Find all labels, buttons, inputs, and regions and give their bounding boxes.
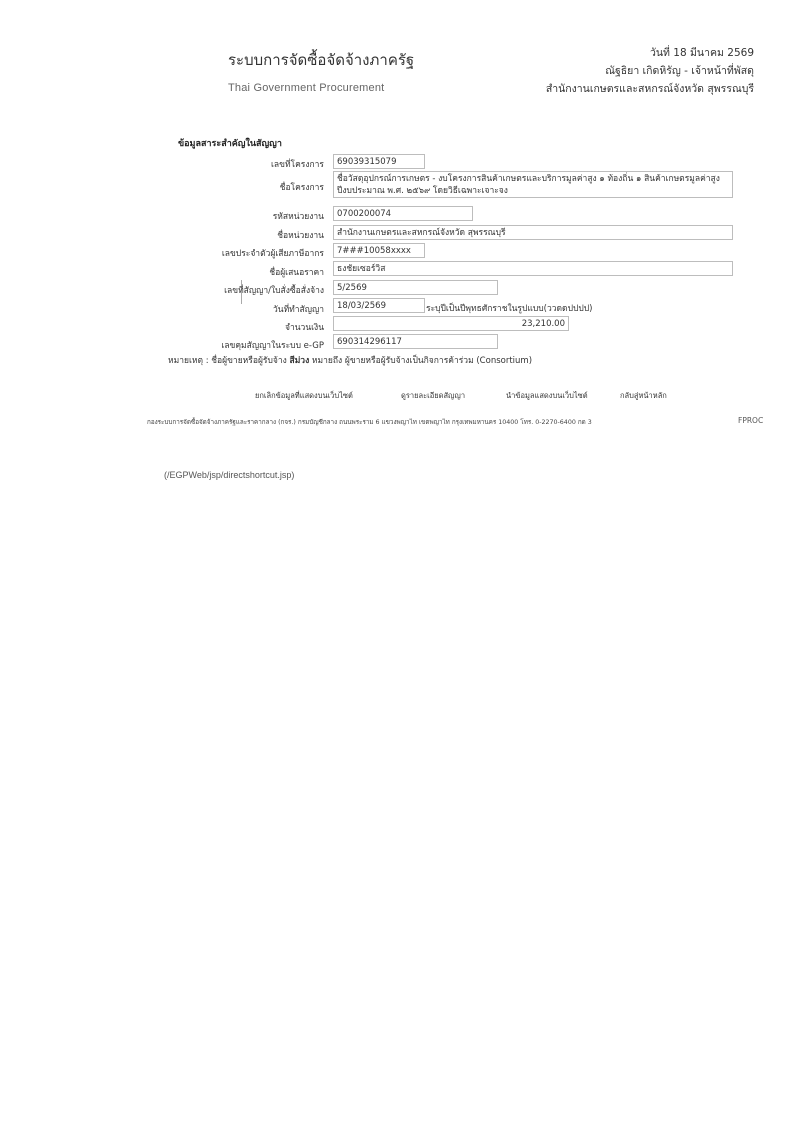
project-name-label: ชื่อโครงการ xyxy=(124,180,324,194)
dept-name-label: ชื่อหน่วยงาน xyxy=(124,228,324,242)
egp-no-label: เลขคุมสัญญาในระบบ e-GP xyxy=(124,338,324,352)
project-no-field[interactable]: 69039315079 xyxy=(333,154,425,169)
contract-no-label: เลขที่สัญญา/ใบสั่งซื้อสั่งจ้าง xyxy=(124,283,324,297)
bidder-name-field[interactable]: ธงชัยเซอร์วิส xyxy=(333,261,733,276)
contract-date-label: วันที่ทำสัญญา xyxy=(124,302,324,316)
dept-code-label: รหัสหน่วยงาน xyxy=(124,209,324,223)
user-name: ณัฐธิยา เกิดหิรัญ - เจ้าหน้าที่พัสดุ xyxy=(546,62,754,80)
footer-address: กองระบบการจัดซื้อจัดจ้างภาครัฐและราคากลา… xyxy=(147,417,592,427)
dept-code-field[interactable]: 0700200074 xyxy=(333,206,473,221)
section-title: ข้อมูลสาระสำคัญในสัญญา xyxy=(178,136,282,150)
egp-no-field[interactable]: 690314296117 xyxy=(333,334,498,349)
publish-web-link[interactable]: นำข้อมูลแสดงบนเว็บไซต์ xyxy=(506,390,588,402)
system-title-th: ระบบการจัดซื้อจัดจ้างภาครัฐ xyxy=(228,48,414,72)
bidder-name-label: ชื่อผู้เสนอราคา xyxy=(124,265,324,279)
date-format-hint: ระบุปีเป็นปีพุทธศักราชในรูปแบบ(ววดดปปปป) xyxy=(426,301,592,315)
amount-label: จำนวนเงิน xyxy=(124,320,324,334)
system-title-en: Thai Government Procurement xyxy=(228,82,384,94)
consortium-note: หมายเหตุ : ชื่อผู้ขายหรือผู้รับจ้าง สีม่… xyxy=(168,353,532,367)
footer-code: FPROC xyxy=(738,416,763,425)
back-home-link[interactable]: กลับสู่หน้าหลัก xyxy=(620,390,667,402)
header-user-info: วันที่ 18 มีนาคม 2569 ณัฐธิยา เกิดหิรัญ … xyxy=(546,44,754,98)
purple-keyword: สีม่วง xyxy=(290,356,310,366)
cancel-web-link[interactable]: ยกเลิกข้อมูลที่แสดงบนเว็บไซต์ xyxy=(255,390,353,402)
tax-id-label: เลขประจำตัวผู้เสียภาษีอากร xyxy=(124,246,324,260)
tax-id-field[interactable]: 7###10058xxxx xyxy=(333,243,425,258)
view-contract-link[interactable]: ดูรายละเอียดสัญญา xyxy=(401,390,465,402)
amount-field[interactable]: 23,210.00 xyxy=(333,316,569,331)
project-no-label: เลขที่โครงการ xyxy=(124,157,324,171)
contract-date-field[interactable]: 18/03/2569 xyxy=(333,298,425,313)
current-date: วันที่ 18 มีนาคม 2569 xyxy=(546,44,754,62)
page-path: (/EGPWeb/jsp/directshortcut.jsp) xyxy=(164,470,294,480)
dept-name-field[interactable]: สำนักงานเกษตรและสหกรณ์จังหวัด สุพรรณบุรี xyxy=(333,225,733,240)
user-office: สำนักงานเกษตรและสหกรณ์จังหวัด สุพรรณบุรี xyxy=(546,80,754,98)
project-name-field[interactable]: ชื่อวัสดุอุปกรณ์การเกษตร - งบโครงการสินค… xyxy=(333,171,733,198)
contract-no-field[interactable]: 5/2569 xyxy=(333,280,498,295)
